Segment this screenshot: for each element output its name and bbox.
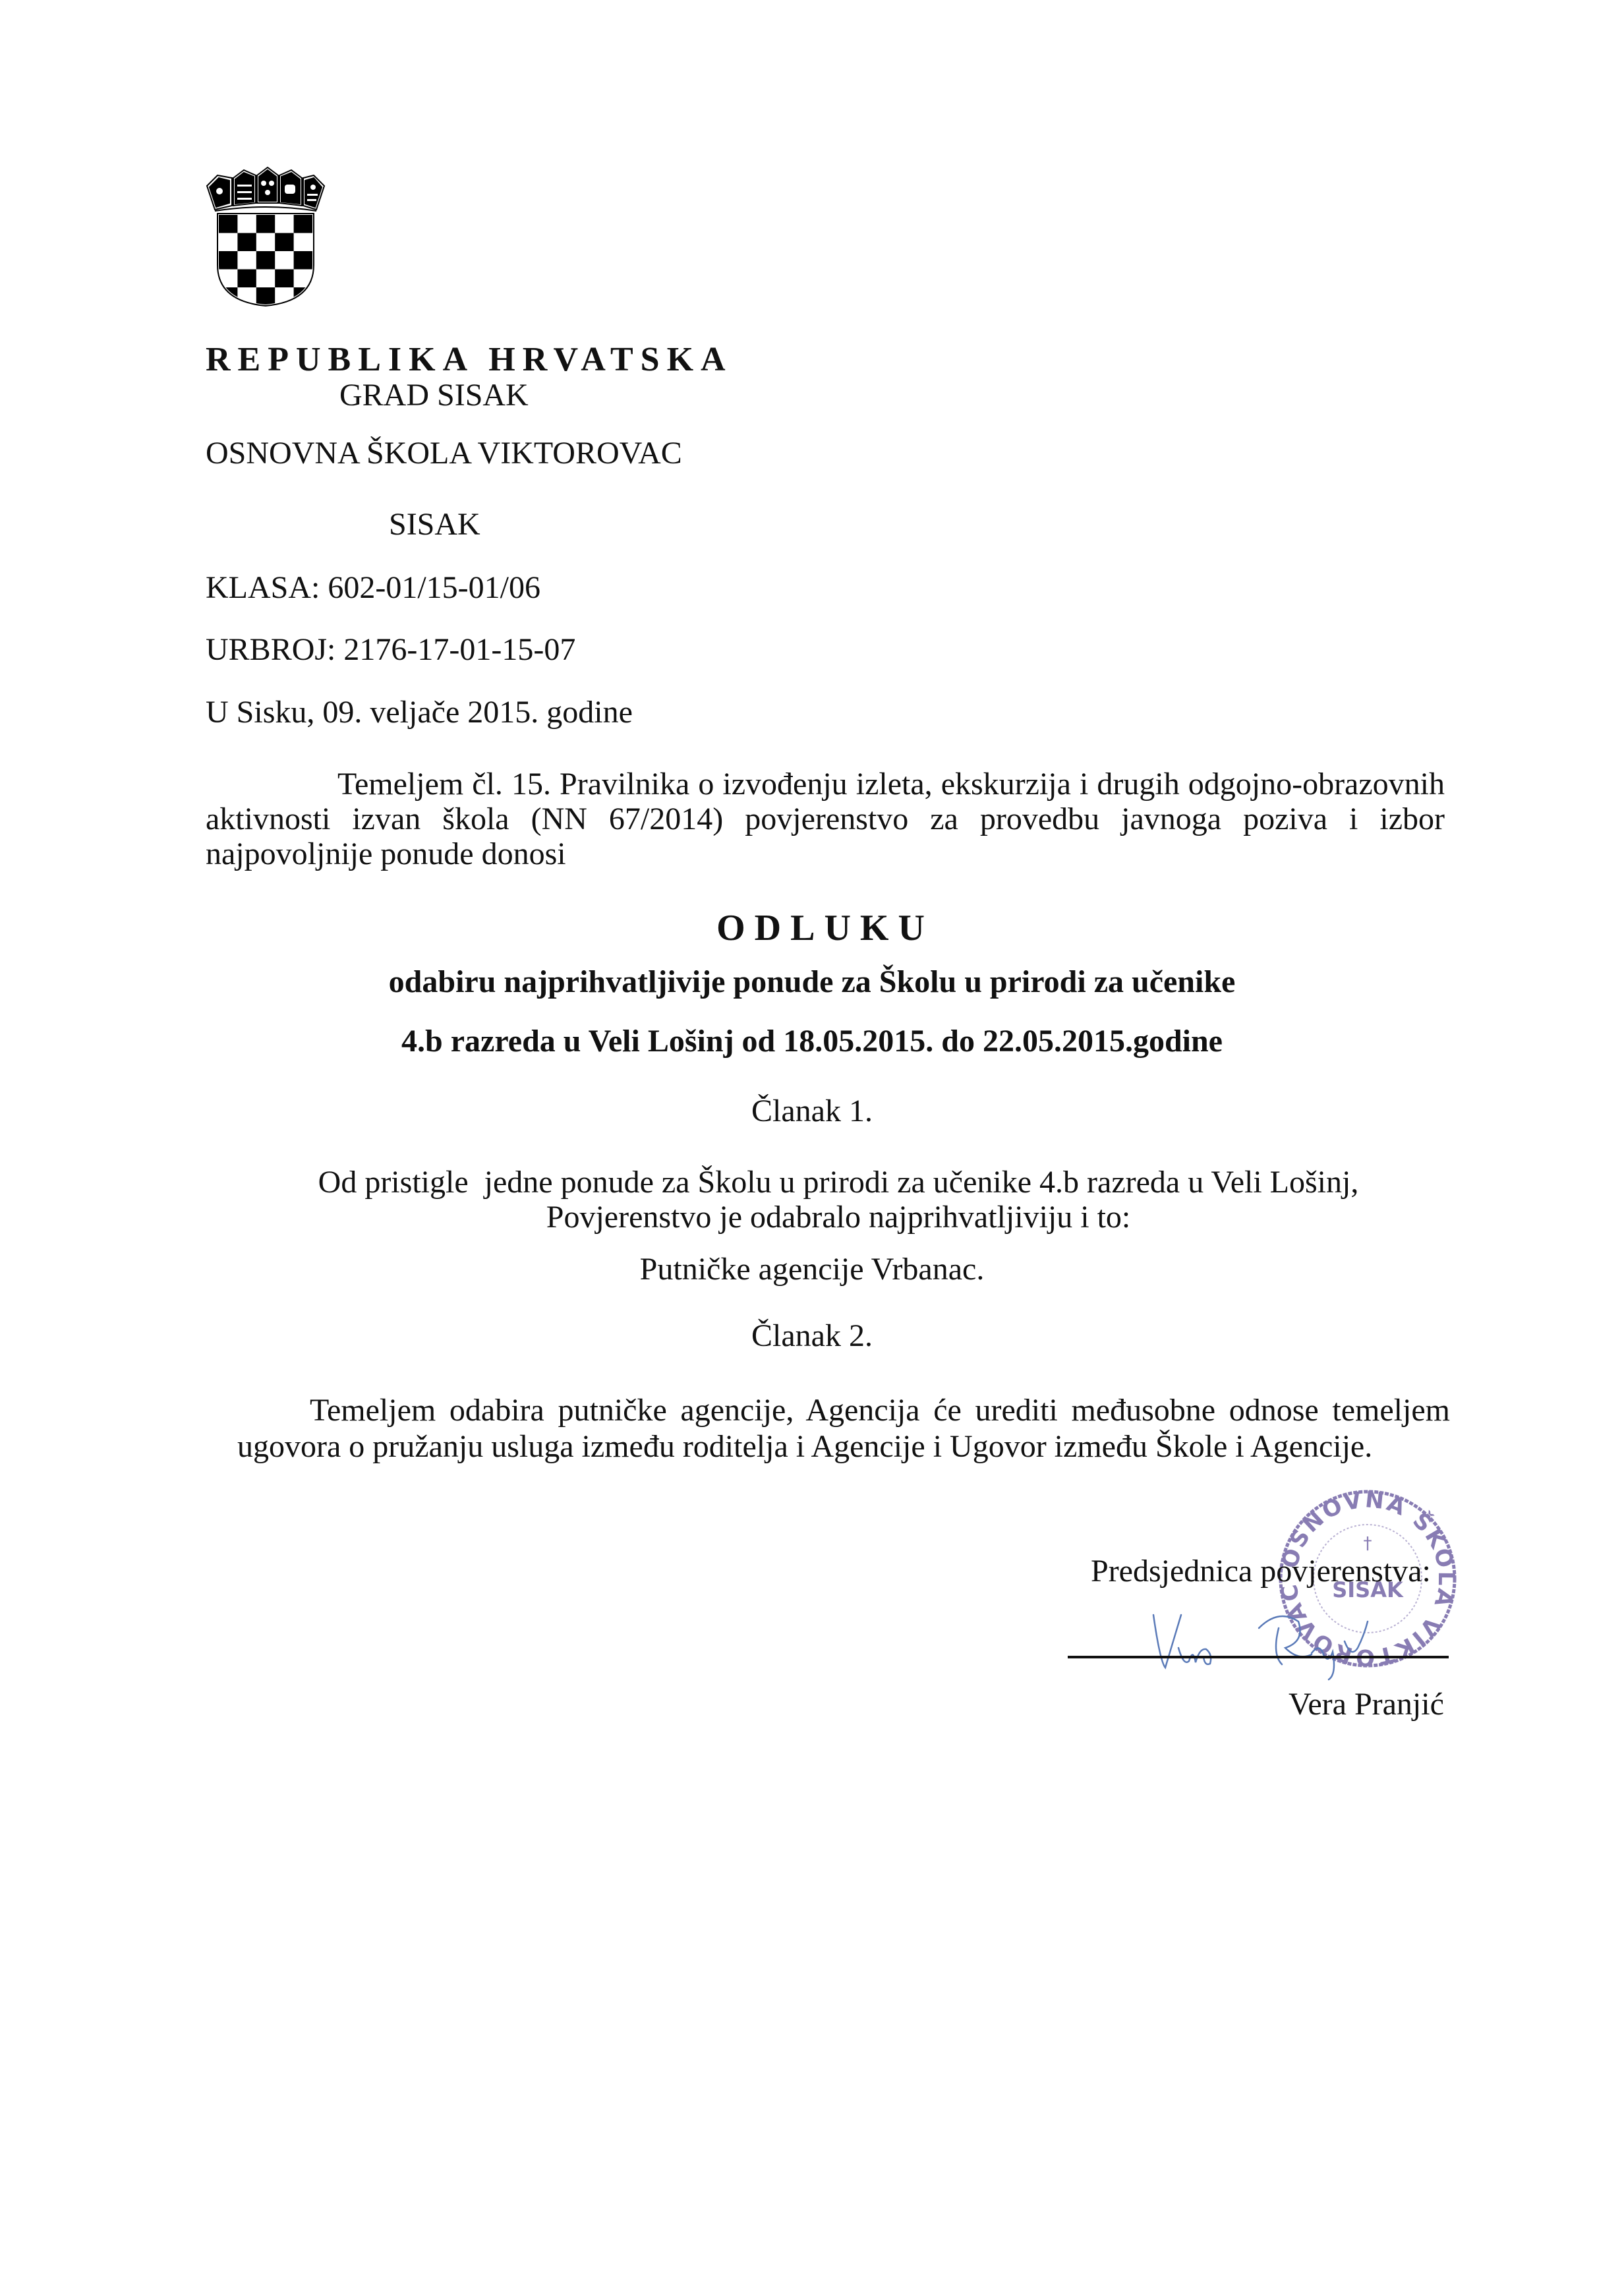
intro-text: Temeljem čl. 15. Pravilnika o izvođenju … — [206, 767, 1445, 871]
decision-subtitle-line2: 4.b razreda u Veli Lošinj od 18.05.2015.… — [0, 1026, 1624, 1057]
klasa-number: KLASA: 602-01/15-01/06 — [206, 572, 540, 604]
article-1-line1: Od pristigle jedne ponude za Školu u pri… — [53, 1165, 1624, 1200]
signatory-role: Predsjednica povjerenstva: — [1091, 1556, 1431, 1587]
article-2-body: Temeljem odabira putničke agencije, Agen… — [237, 1392, 1450, 1465]
school-city: SISAK — [389, 509, 480, 540]
urbroj-number: URBROJ: 2176-17-01-15-07 — [206, 634, 575, 666]
school-name: OSNOVNA ŠKOLA VIKTOROVAC — [206, 438, 682, 469]
article-1-body: Od pristigle jedne ponude za Školu u pri… — [0, 1165, 1624, 1235]
signatory-name: Vera Pranjić — [1289, 1689, 1444, 1720]
country-heading: REPUBLIKA HRVATSKA — [206, 343, 733, 377]
handwritten-signature-icon — [1147, 1602, 1384, 1681]
city-heading: GRAD SISAK — [339, 380, 529, 411]
decision-title: ODLUKU — [0, 910, 1624, 947]
article-2-text: Temeljem odabira putničke agencije, Agen… — [237, 1393, 1450, 1464]
article-1-heading: Članak 1. — [0, 1095, 1624, 1127]
signature-line — [1068, 1656, 1449, 1658]
croatian-coat-of-arms-icon — [203, 166, 328, 308]
article-2-heading: Članak 2. — [0, 1320, 1624, 1352]
decision-subtitle-line1: odabiru najprihvatljivije ponude za Škol… — [0, 966, 1624, 998]
selected-agency: Putničke agencije Vrbanac. — [0, 1254, 1624, 1285]
article-1-line2: Povjerenstvo je odabralo najprihvatljivi… — [53, 1200, 1624, 1235]
document-date: U Sisku, 09. veljače 2015. godine — [206, 697, 633, 728]
svg-text:†: † — [1364, 1534, 1372, 1554]
intro-paragraph: Temeljem čl. 15. Pravilnika o izvođenju … — [206, 767, 1445, 871]
